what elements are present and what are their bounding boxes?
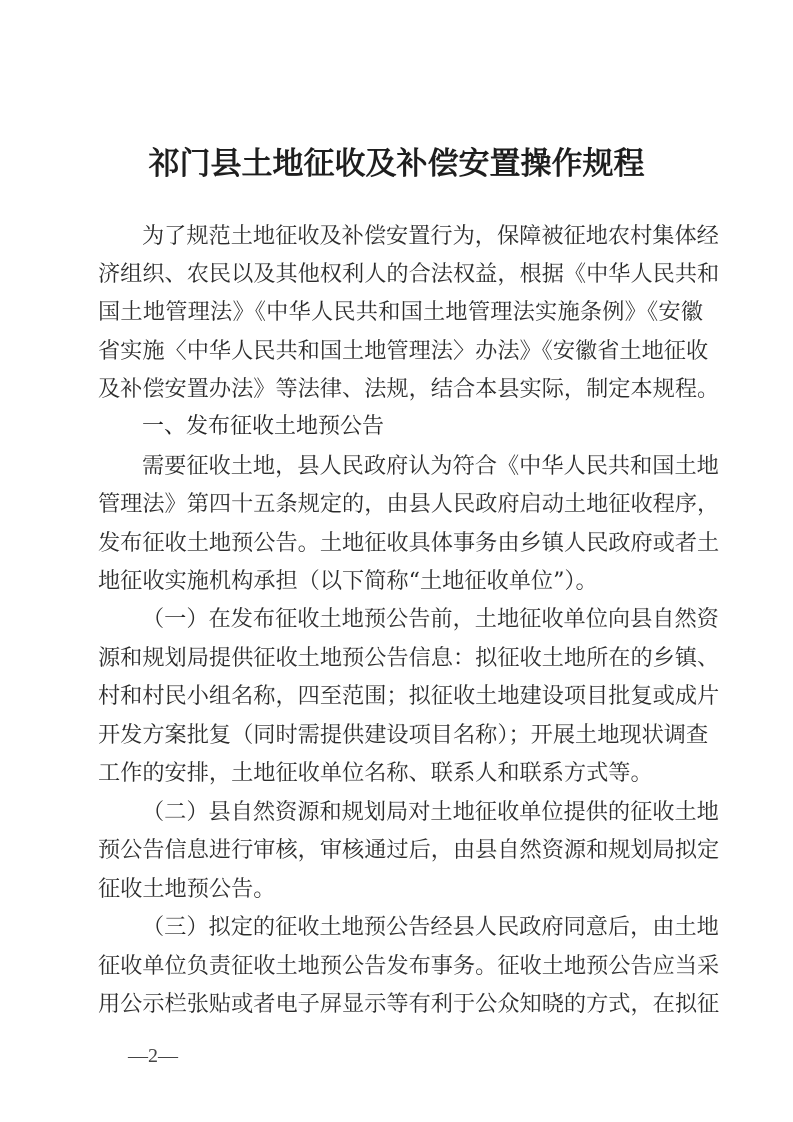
section-heading: 一、发布征收土地预公告	[142, 412, 384, 442]
page-number: —2—	[128, 1045, 178, 1068]
paragraph-line: （三）拟定的征收土地预公告经县人民政府同意后，由土地	[142, 912, 703, 942]
paragraph-line: （一）在发布征收土地预公告前，土地征收单位向县自然资	[142, 604, 703, 634]
paragraph-line: 国土地管理法》《中华人民共和国土地管理法实施条例》《安徽	[98, 297, 703, 327]
paragraph-line: 村和村民小组名称，四至范围；拟征收土地建设项目批复或成片	[98, 681, 703, 711]
document-title: 祁门县土地征收及补偿安置操作规程	[0, 138, 793, 183]
paragraph-line: 工作的安排，土地征收单位名称、联系人和联系方式等。	[98, 758, 703, 788]
paragraph-line: 预公告信息进行审核，审核通过后，由县自然资源和规划局拟定	[98, 835, 703, 865]
paragraph-line: 征收单位负责征收土地预公告发布事务。征收土地预公告应当采	[98, 951, 703, 981]
paragraph-line: 地征收实施机构承担（以下简称“土地征收单位”）。	[98, 566, 703, 596]
document-page: 祁门县土地征收及补偿安置操作规程 为了规范土地征收及补偿安置行为，保障被征地农村…	[0, 0, 793, 1122]
paragraph-line: 省实施〈中华人民共和国土地管理法〉办法》《安徽省土地征收	[98, 336, 703, 366]
paragraph-line: 管理法》第四十五条规定的，由县人民政府启动土地征收程序，	[98, 489, 703, 519]
paragraph-line: 及补偿安置办法》等法律、法规，结合本县实际，制定本规程。	[98, 374, 703, 404]
paragraph-line: 济组织、农民以及其他权利人的合法权益，根据《中华人民共和	[98, 259, 703, 289]
paragraph-line: 为了规范土地征收及补偿安置行为，保障被征地农村集体经	[142, 221, 703, 251]
paragraph-line: 源和规划局提供征收土地预公告信息：拟征收土地所在的乡镇、	[98, 643, 703, 673]
paragraph-line: 开发方案批复（同时需提供建设项目名称）；开展土地现状调查	[98, 720, 703, 750]
paragraph-line: （二）县自然资源和规划局对土地征收单位提供的征收土地	[142, 797, 703, 827]
paragraph-line: 发布征收土地预公告。土地征收具体事务由乡镇人民政府或者土	[98, 528, 703, 558]
paragraph-line: 用公示栏张贴或者电子屏显示等有利于公众知晓的方式，在拟征	[98, 989, 703, 1019]
paragraph-line: 征收土地预公告。	[98, 874, 703, 904]
paragraph-line: 需要征收土地，县人民政府认为符合《中华人民共和国土地	[142, 451, 703, 481]
